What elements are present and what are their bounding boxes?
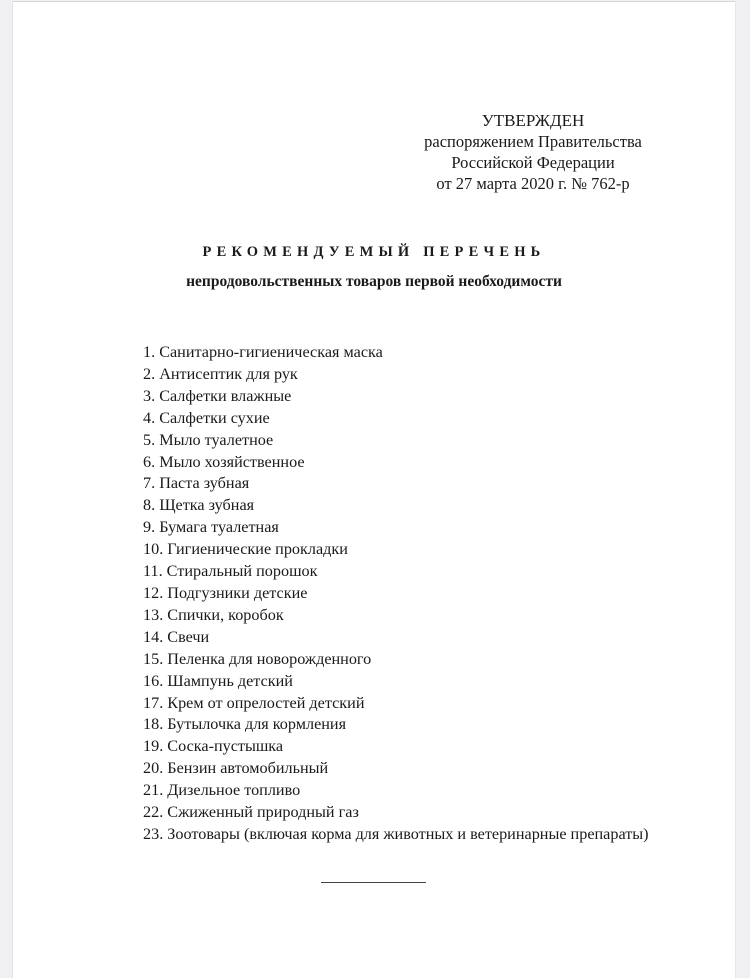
list-item: 9. Бумага туалетная	[143, 517, 649, 539]
list-item: 1. Санитарно-гигиеническая маска	[143, 342, 649, 364]
list-item: 13. Спички, коробок	[143, 605, 649, 627]
list-item: 3. Салфетки влажные	[143, 386, 649, 408]
list-item: 16. Шампунь детский	[143, 671, 649, 693]
approval-stamp: УТВЕРЖДЕН	[403, 110, 663, 131]
list-item: 22. Сжиженный природный газ	[143, 802, 649, 824]
approval-line: от 27 марта 2020 г. № 762-р	[403, 173, 663, 194]
list-item: 6. Мыло хозяйственное	[143, 452, 649, 474]
list-item: 20. Бензин автомобильный	[143, 758, 649, 780]
approval-block: УТВЕРЖДЕН распоряжением Правительства Ро…	[403, 110, 663, 194]
end-divider	[321, 882, 426, 883]
list-item: 10. Гигиенические прокладки	[143, 539, 649, 561]
list-item: 14. Свечи	[143, 627, 649, 649]
goods-list: 1. Санитарно-гигиеническая маска2. Антис…	[143, 342, 649, 846]
list-item: 21. Дизельное топливо	[143, 780, 649, 802]
list-item: 12. Подгузники детские	[143, 583, 649, 605]
list-item: 18. Бутылочка для кормления	[143, 714, 649, 736]
approval-line: распоряжением Правительства	[403, 131, 663, 152]
list-item: 19. Соска-пустышка	[143, 736, 649, 758]
list-item: 8. Щетка зубная	[143, 495, 649, 517]
document-subtitle: непродовольственных товаров первой необх…	[13, 273, 735, 291]
list-item: 7. Паста зубная	[143, 473, 649, 495]
list-item: 15. Пеленка для новорожденного	[143, 649, 649, 671]
document-title: РЕКОМЕНДУЕМЫЙ ПЕРЕЧЕНЬ	[13, 244, 735, 261]
list-item: 4. Салфетки сухие	[143, 408, 649, 430]
list-item: 11. Стиральный порошок	[143, 561, 649, 583]
list-item: 17. Крем от опрелостей детский	[143, 693, 649, 715]
approval-line: Российской Федерации	[403, 152, 663, 173]
list-item: 2. Антисептик для рук	[143, 364, 649, 386]
list-item: 23. Зоотовары (включая корма для животны…	[143, 824, 649, 846]
document-page: УТВЕРЖДЕН распоряжением Правительства Ро…	[13, 1, 735, 978]
list-item: 5. Мыло туалетное	[143, 430, 649, 452]
